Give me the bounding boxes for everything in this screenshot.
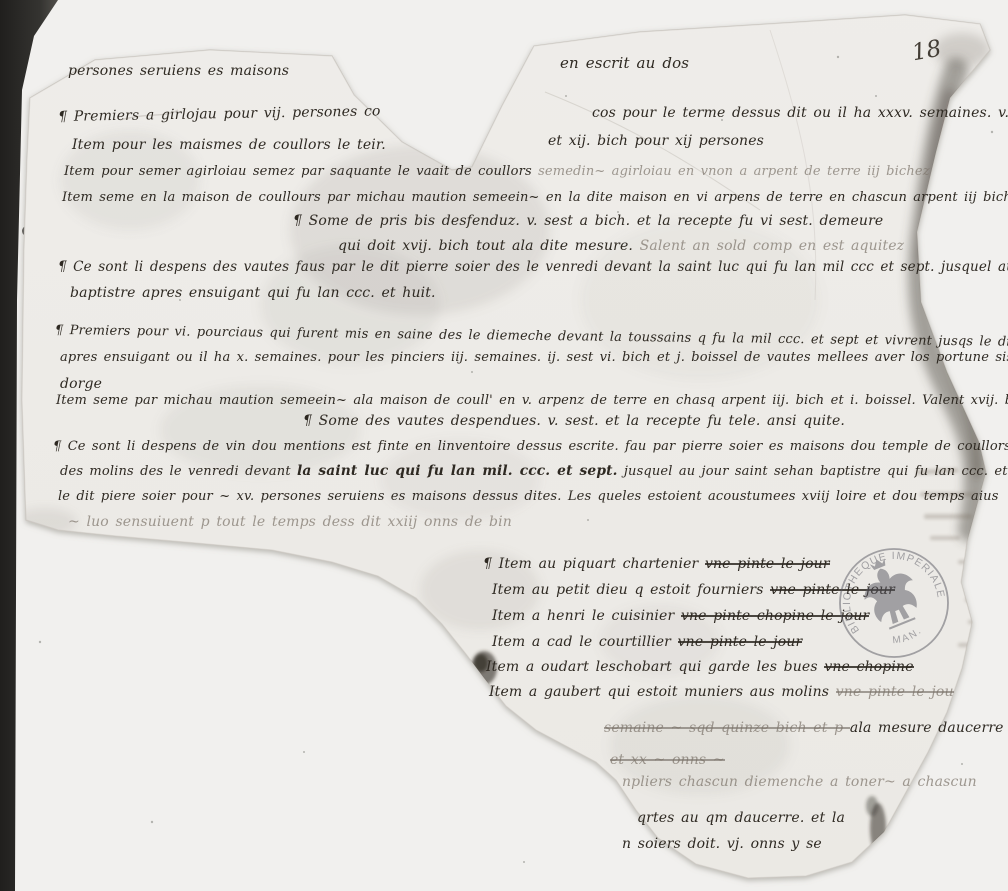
manuscript-line: ¶ Ce sont li despens de vin dou mentions…: [53, 440, 1008, 453]
manuscript-text-segment: semedin~ agirloiau en vnon a arpent de t…: [538, 164, 930, 179]
manuscript-text-segment: vne pinte le jour: [678, 634, 803, 650]
manuscript-text-segment: ¶ Some de pris bis desfenduz. v. sest a …: [293, 213, 883, 229]
manuscript-text-segment: ¶ Premiers a girlojau pour vij. persones…: [58, 103, 381, 125]
manuscript-text-segment: Item seme en la maison de coullours par …: [62, 190, 1008, 205]
manuscript-line: cos pour le terme dessus dit ou il ha xx…: [592, 106, 1008, 120]
manuscript-line: des molins des le venredi devant la sain…: [60, 465, 1008, 479]
manuscript-text-segment: jusquel au jour saint sehan baptistre qu…: [618, 464, 1008, 479]
manuscript-line: persones seruiens es maisons: [68, 64, 289, 78]
manuscript-text-segment: Item pour les maismes de coullors le tei…: [72, 137, 386, 153]
folio-number: 18: [910, 36, 943, 67]
manuscript-text-segment: ¶ Premiers pour vi. pourciaus qui furent…: [55, 323, 1008, 350]
manuscript-line: dorge: [60, 377, 102, 391]
manuscript-line: ~ luo sensuiuent p tout le temps dess di…: [68, 515, 512, 529]
manuscript-line: ¶ Ce sont li despens des vautes faus par…: [58, 261, 1008, 275]
manuscript-line: en escrit au dos: [560, 56, 689, 71]
manuscript-line: qrtes au qm daucerre. et la: [637, 811, 845, 825]
manuscript-line: Item pour les maismes de coullors le tei…: [72, 138, 386, 152]
manuscript-line: semaine ~ sqd quinze bich et p ala mesur…: [604, 721, 1004, 735]
manuscript-line: Item pour semer agirloiau semez par saqu…: [64, 165, 930, 178]
manuscript-text-segment: apres ensuigant ou il ha x. semaines. po…: [60, 350, 1008, 365]
manuscript-text-segment: Item pour semer agirloiau semez par saqu…: [64, 164, 538, 179]
manuscript-line: Item a henri le cuisinier vne pinte chop…: [492, 609, 869, 623]
manuscript-text-segment: persones seruiens es maisons: [68, 63, 289, 79]
manuscript-line: ¶ Some des vautes despendues. v. sest. e…: [303, 414, 845, 428]
manuscript-text-segment: ¶ Ce sont li despens des vautes faus par…: [58, 259, 1008, 275]
manuscript-text-segment: n soiers doit. vj. onns y se: [622, 836, 822, 852]
manuscript-line: Item a gaubert qui estoit muniers aus mo…: [489, 685, 954, 699]
manuscript-line: ¶ Item au piquart chartenier vne pinte l…: [483, 557, 830, 571]
manuscript-line: ¶ Premiers a girlojau pour vij. persones…: [58, 104, 381, 124]
manuscript-line: apres ensuigant ou il ha x. semaines. po…: [60, 351, 1008, 364]
manuscript-text-segment: npliers chascun diemenche a toner~ a cha…: [622, 774, 977, 790]
manuscript-text-segment: Item a cad le courtillier: [492, 634, 678, 650]
manuscript-line: et xx ~ onns ~: [610, 753, 725, 767]
manuscript-text-segment: vne pinte le jour: [705, 556, 830, 572]
manuscript-line: Item a cad le courtillier vne pinte le j…: [492, 635, 802, 649]
manuscript-text-segment: Item au petit dieu q estoit fourniers: [492, 582, 770, 598]
manuscript-text-segment: Item a gaubert qui estoit muniers aus mo…: [489, 684, 836, 700]
manuscript-line: Item seme par michau maution semeein~ al…: [56, 394, 1008, 407]
manuscript-text-segment: Item seme par michau maution semeein~ al…: [56, 393, 1008, 408]
manuscript-text-segment: Salent an sold comp en est aquitez: [640, 238, 905, 254]
manuscript-text-segment: vne pinte le jou: [836, 684, 954, 700]
manuscript-line: et xij. bich pour xij persones: [548, 134, 764, 148]
manuscript-text-segment: Item a oudart leschobart qui garde les b…: [486, 659, 824, 675]
manuscript-text-segment: ¶ Some des vautes despendues. v. sest. e…: [303, 413, 845, 429]
manuscript-text-segment: semaine ~ sqd quinze bich et p: [604, 720, 850, 736]
manuscript-text-segment: la saint luc qui fu lan mil. ccc. et sep…: [297, 463, 618, 479]
manuscript-text-layer: persones seruiens es maisonsen escrit au…: [0, 0, 1008, 891]
manuscript-text-segment: ¶ Item au piquart chartenier: [483, 556, 705, 572]
manuscript-text-segment: en escrit au dos: [560, 54, 689, 72]
manuscript-line: Item seme en la maison de coullours par …: [62, 191, 1008, 204]
manuscript-text-segment: et xij. bich pour xij persones: [548, 133, 764, 149]
manuscript-text-segment: ~ luo sensuiuent p tout le temps dess di…: [68, 514, 512, 530]
manuscript-text-segment: ¶ Ce sont li despens de vin dou mentions…: [53, 439, 1008, 454]
manuscript-text-segment: qui doit xvij. bich tout ala dite mesure…: [338, 238, 640, 254]
manuscript-text-segment: et xx ~ onns ~: [610, 752, 725, 768]
manuscript-text-segment: ala mesure daucerre: [850, 720, 1004, 736]
manuscript-text-segment: vne pinte: [681, 608, 757, 624]
manuscript-line: n soiers doit. vj. onns y se: [622, 837, 822, 851]
manuscript-text-segment: des molins des le venredi devant: [60, 464, 297, 479]
manuscript-line: ¶ Some de pris bis desfenduz. v. sest a …: [293, 214, 883, 228]
library-stamp: BIBLIOTHEQUE IMPERIALE MAN.: [828, 538, 960, 670]
manuscript-text-segment: qrtes au qm daucerre. et la: [637, 810, 845, 826]
manuscript-text-segment: cos pour le terme dessus dit ou il ha xx…: [592, 105, 1008, 121]
manuscript-line: ¶ Premiers pour vi. pourciaus qui furent…: [55, 324, 1008, 349]
manuscript-text-segment: dorge: [60, 376, 102, 392]
manuscript-line: qui doit xvij. bich tout ala dite mesure…: [338, 239, 904, 253]
scanned-manuscript-page: persones seruiens es maisonsen escrit au…: [0, 0, 1008, 891]
manuscript-line: baptistre apres ensuigant qui fu lan ccc…: [70, 286, 436, 300]
manuscript-line: npliers chascun diemenche a toner~ a cha…: [622, 775, 977, 789]
manuscript-text-segment: Item a henri le cuisinier: [492, 608, 681, 624]
manuscript-text-segment: baptistre apres ensuigant qui fu lan ccc…: [70, 285, 436, 301]
manuscript-line: le dit piere soier pour ~ xv. persones s…: [58, 490, 999, 503]
manuscript-text-segment: le dit piere soier pour ~ xv. persones s…: [58, 489, 999, 504]
